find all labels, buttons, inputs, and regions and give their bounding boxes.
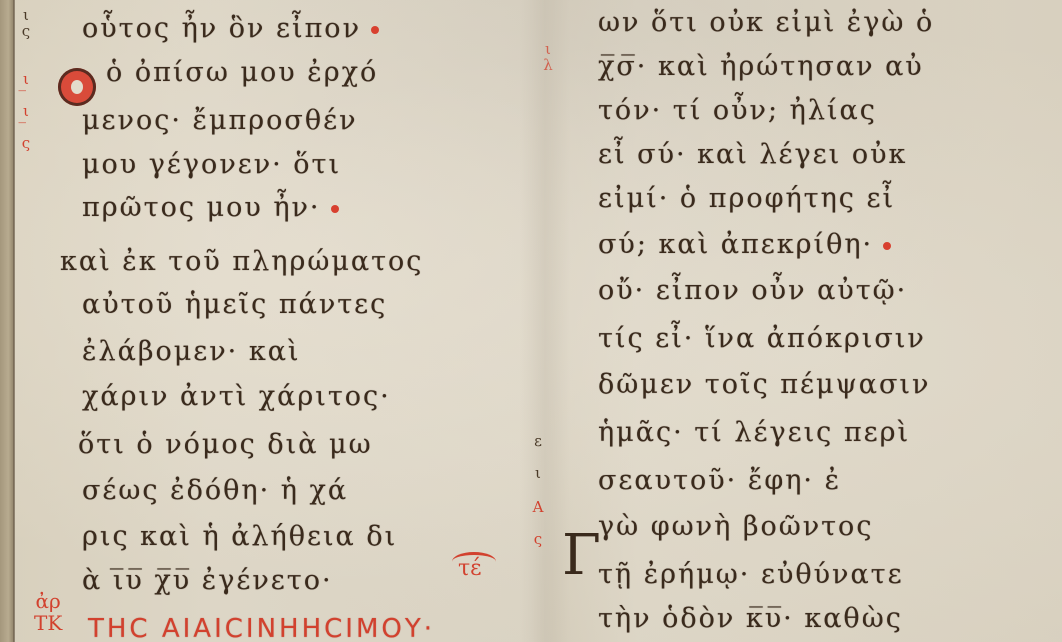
initial-counter [71, 80, 83, 94]
left-margin-canon-number: ι̅ ι̅ ς [18, 70, 34, 150]
rubric-abbreviation: ἀρ ΤΚ [34, 590, 62, 634]
left-line-3: μενος· ἔμπροσθέν [82, 106, 358, 136]
right-line-3: τόν· τί οὖν; ἠλίας [598, 96, 877, 126]
left-line-9: χάριν ἀντὶ χάριτος· [82, 382, 391, 412]
left-line-2: ὁ ὀπίσω μου ἐρχό [106, 58, 378, 88]
right-line-4: εἶ σύ· καὶ λέγει οὐκ [598, 140, 907, 170]
rubric-abbr-top: ἀρ [34, 590, 62, 612]
left-line-1: οὗτος ἦν ὃν εἶπον [82, 14, 389, 44]
right-line-12: γὼ φωνὴ βοῶντος [598, 512, 873, 542]
red-punctuation-dot [331, 205, 339, 213]
left-margin-section-number: ις [18, 6, 34, 38]
red-rubric-line: ΤΗϹ ΑΙΑΙϹΙΝΗΗϹΙΜΟΥ· [88, 614, 435, 642]
right-line-13: τῇ ἐρήμῳ· εὐθύνατε [598, 560, 904, 590]
left-line-6: καὶ ἐκ τοῦ πληρώματος [60, 247, 423, 277]
rubric-abbr-bottom: ΤΚ [34, 612, 62, 634]
red-initial-omicron [58, 68, 96, 106]
right-line-10: ἡμᾶς· τί λέγεις περὶ [598, 418, 910, 448]
telos-rubric: τέ [458, 556, 482, 581]
left-line-7: αὐτοῦ ἡμεῖς πάντες [82, 290, 387, 320]
left-line-13: ὰ ι̅υ̅ χ̅υ̅ ἐγένετο· [82, 566, 333, 596]
left-line-10: ὅτι ὁ νόμος διὰ μω [78, 430, 373, 460]
large-gamma-initial: Γ [562, 528, 601, 584]
page-edge [0, 0, 14, 642]
right-line-2: χ̅σ̅· καὶ ἠρώτησαν αὐ [598, 52, 924, 82]
right-line-1: ων ὅτι οὐκ εἰμὶ ἐγὼ ὁ [598, 8, 934, 38]
left-line-8: ἐλάβομεν· καὶ [82, 337, 301, 367]
left-line-11: σέως ἐδόθη· ἡ χά [82, 476, 348, 506]
right-line-14: τὴν ὁδὸν κ̅υ̅· καθὼς [598, 604, 903, 634]
right-line-9: δῶμεν τοῖς πέμψασιν [598, 370, 930, 400]
right-line-11: σεαυτοῦ· ἔφη· ἐ [598, 466, 841, 496]
manuscript-photo: ις ι̅ ι̅ ς οὗτος ἦν ὃν εἶπον ὁ ὀπίσω μου… [0, 0, 1062, 642]
red-punctuation-dot [371, 26, 379, 34]
right-line-5: εἰμί· ὁ προφήτης εἶ [598, 184, 895, 214]
right-line-6: σύ; καὶ ἀπεκρίθη· [598, 230, 901, 260]
red-punctuation-dot [883, 242, 891, 250]
center-margin-section-number: ε ι [530, 432, 546, 480]
left-line-5: πρῶτος μου ἦν· [82, 193, 349, 223]
right-line-7: οὔ· εἶπον οὖν αὐτῷ· [598, 276, 907, 306]
page-edge-line [13, 0, 15, 642]
center-margin-red-number: ιλ [540, 40, 556, 72]
left-line-4: μου γέγονεν· ὅτι [82, 150, 341, 180]
right-line-8: τίς εἶ· ἵνα ἀπόκρισιν [598, 324, 926, 354]
center-margin-canon-number: Α ς [530, 498, 546, 546]
left-line-12: ρις καὶ ἡ ἀλήθεια δι [82, 522, 397, 552]
